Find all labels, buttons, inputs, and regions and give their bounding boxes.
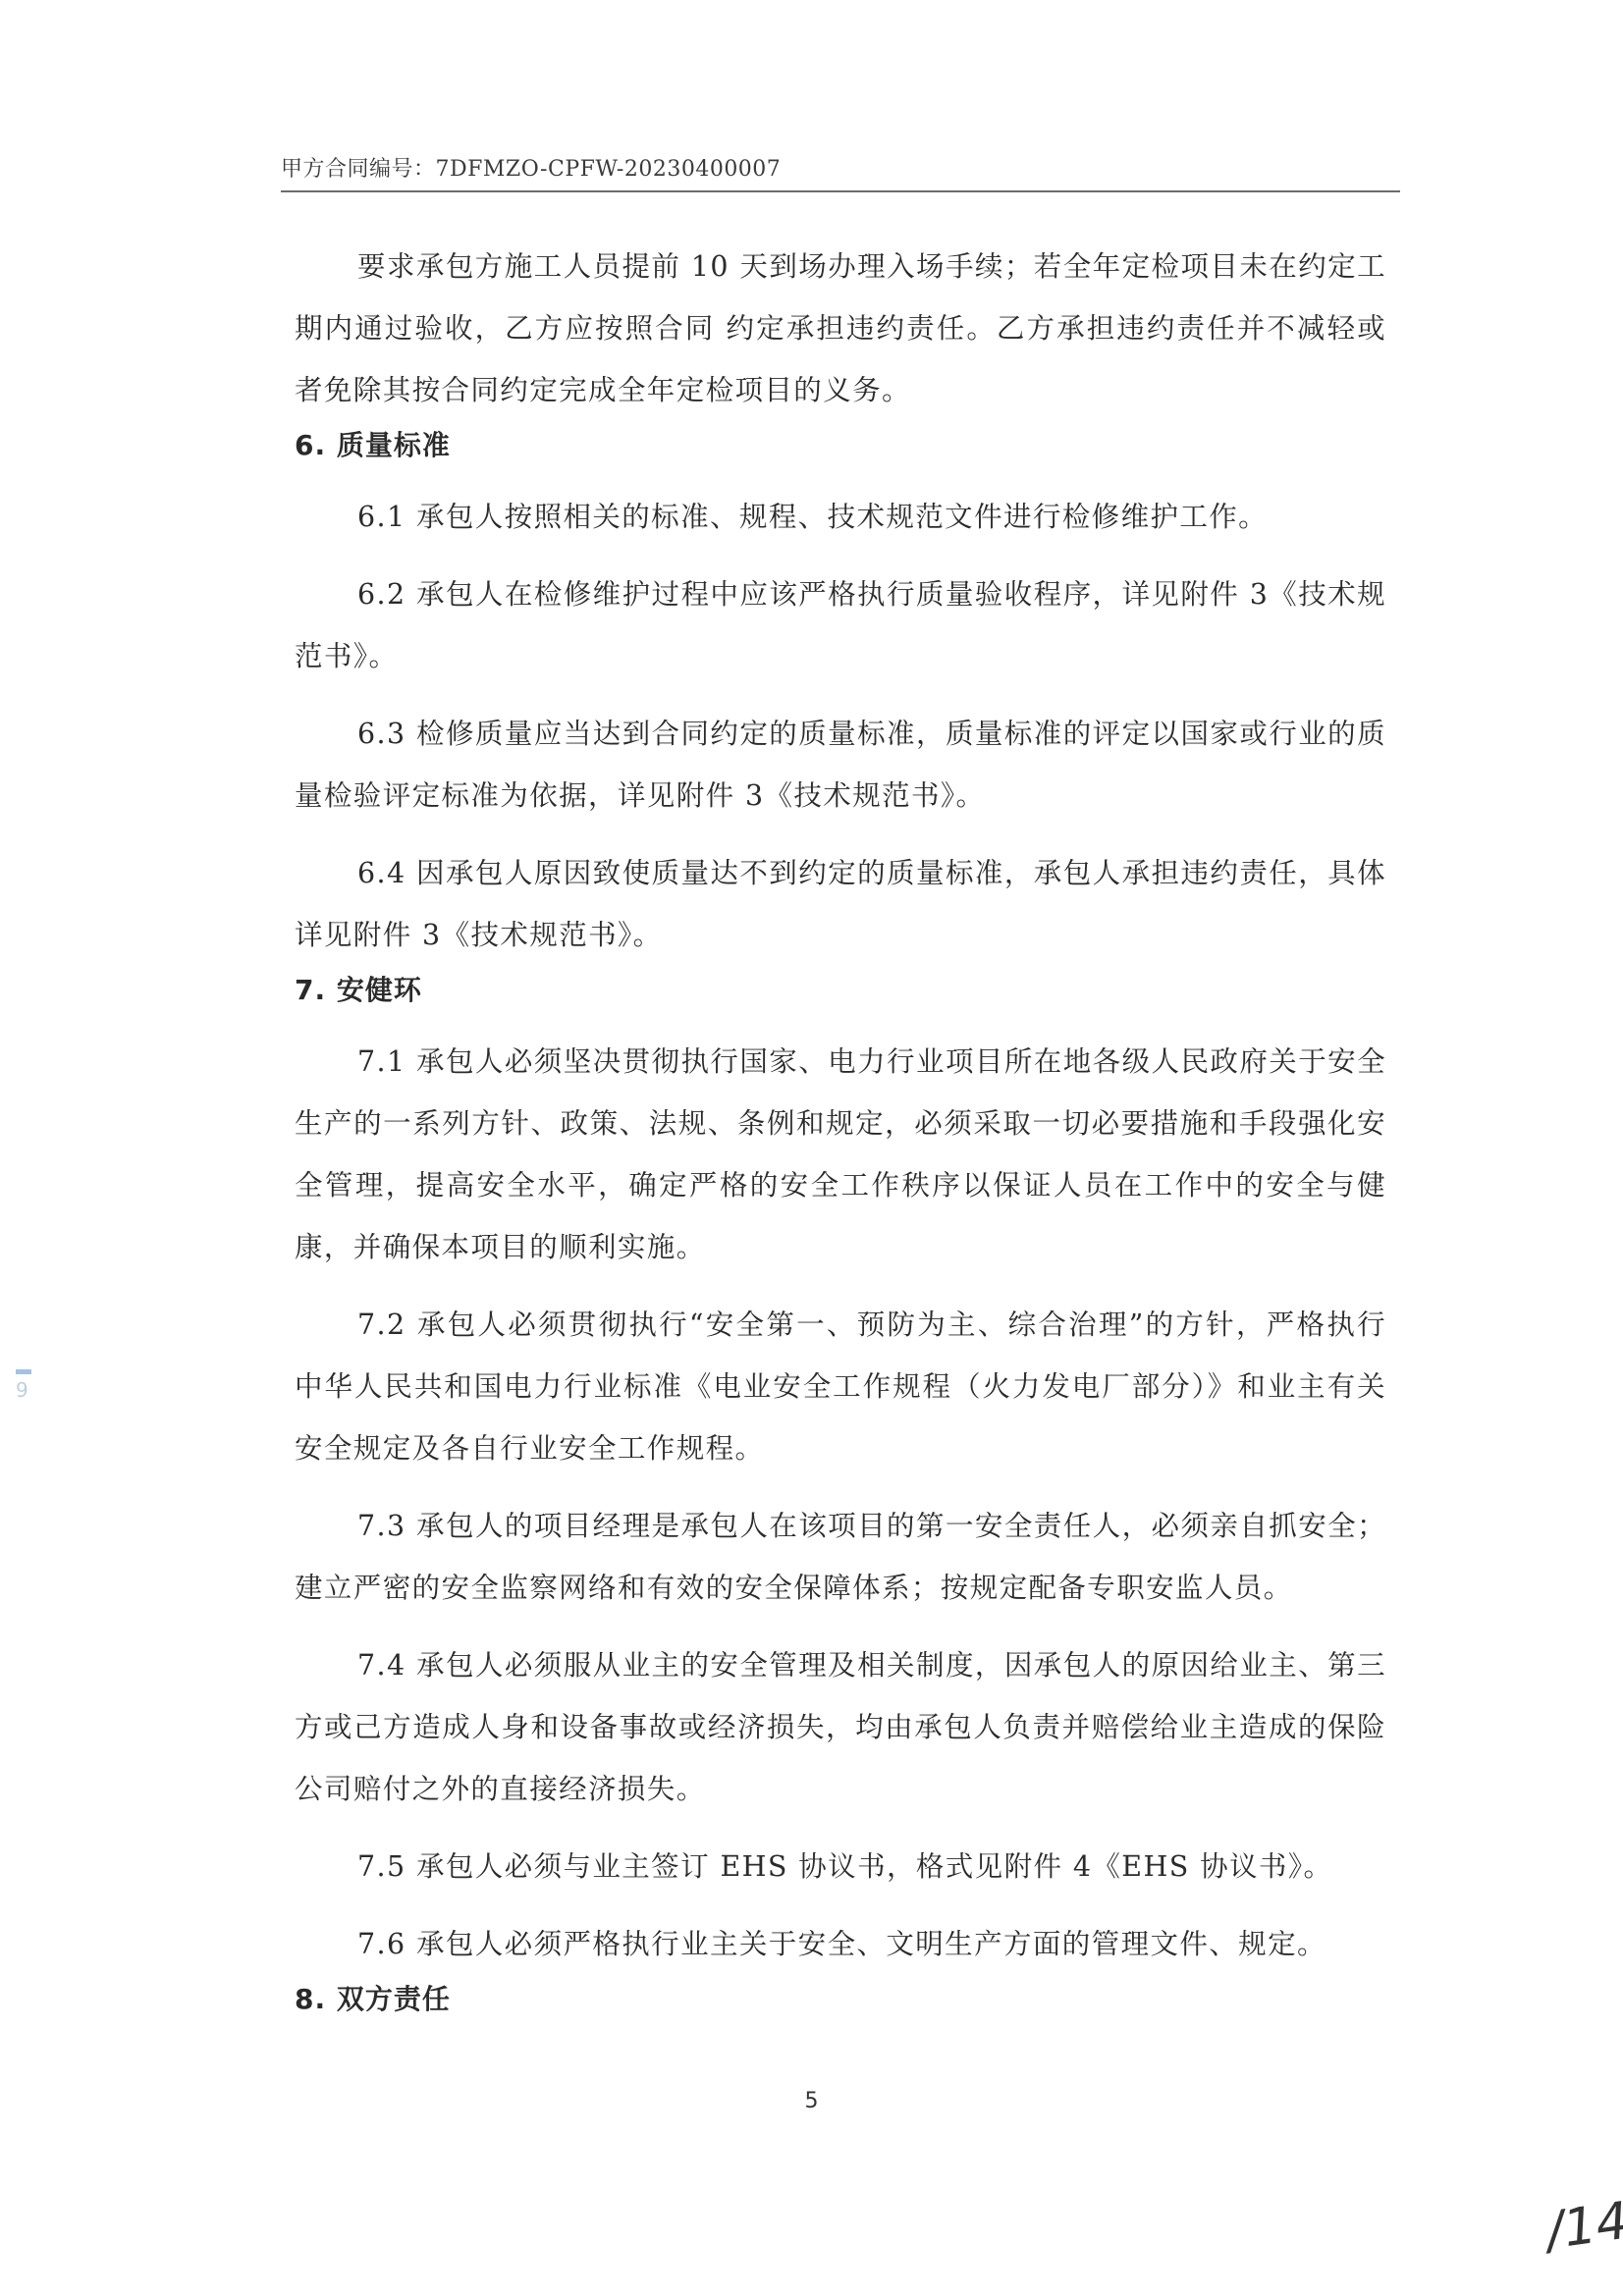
document-header: 甲方合同编号：7DFMZO-CPFW-20230400007 xyxy=(281,155,1400,192)
margin-stamp: 9 xyxy=(16,1369,37,1458)
page-number: 5 xyxy=(0,2089,1623,2113)
stamp-bar xyxy=(16,1369,31,1374)
clause-6-3: 6.3 检修质量应当达到合同约定的质量标准，质量标准的评定以国家或行业的质量检验… xyxy=(295,703,1386,827)
clause-7-6: 7.6 承包人必须严格执行业主关于安全、文明生产方面的管理文件、规定。 xyxy=(295,1913,1386,1975)
clause-7-3: 7.3 承包人的项目经理是承包人在该项目的第一安全责任人，必须亲自抓安全；建立严… xyxy=(295,1495,1386,1619)
stamp-digit: 9 xyxy=(16,1378,37,1402)
clause-6-2: 6.2 承包人在检修维护过程中应该严格执行质量验收程序，详见附件 3《技术规范书… xyxy=(295,563,1386,687)
clause-7-1: 7.1 承包人必须坚决贯彻执行国家、电力行业项目所在地各级人民政府关于安全生产的… xyxy=(295,1031,1386,1278)
contract-number: 甲方合同编号：7DFMZO-CPFW-20230400007 xyxy=(281,157,781,182)
section-heading-quality-standard: 6. 质量标准 xyxy=(295,421,1386,470)
section-heading-mutual-responsibilities: 8. 双方责任 xyxy=(295,1975,1386,2024)
section-heading-ehs: 7. 安健环 xyxy=(295,966,1386,1015)
clause-7-2: 7.2 承包人必须贯彻执行“安全第一、预防为主、综合治理”的方针，严格执行中华人… xyxy=(295,1294,1386,1479)
handwritten-page-mark: /14 xyxy=(1542,2191,1623,2261)
intro-paragraph: 要求承包方施工人员提前 10 天到场办理入场手续；若全年定检项目未在约定工期内通… xyxy=(295,236,1386,421)
clause-7-5: 7.5 承包人必须与业主签订 EHS 协议书，格式见附件 4《EHS 协议书》。 xyxy=(295,1836,1386,1897)
clause-6-1: 6.1 承包人按照相关的标准、规程、技术规范文件进行检修维护工作。 xyxy=(295,486,1386,548)
clause-7-4: 7.4 承包人必须服从业主的安全管理及相关制度，因承包人的原因给业主、第三方或己… xyxy=(295,1634,1386,1820)
document-body: 要求承包方施工人员提前 10 天到场办理入场手续；若全年定检项目未在约定工期内通… xyxy=(295,236,1386,2024)
clause-6-4: 6.4 因承包人原因致使质量达不到约定的质量标准，承包人承担违约责任，具体详见附… xyxy=(295,842,1386,966)
